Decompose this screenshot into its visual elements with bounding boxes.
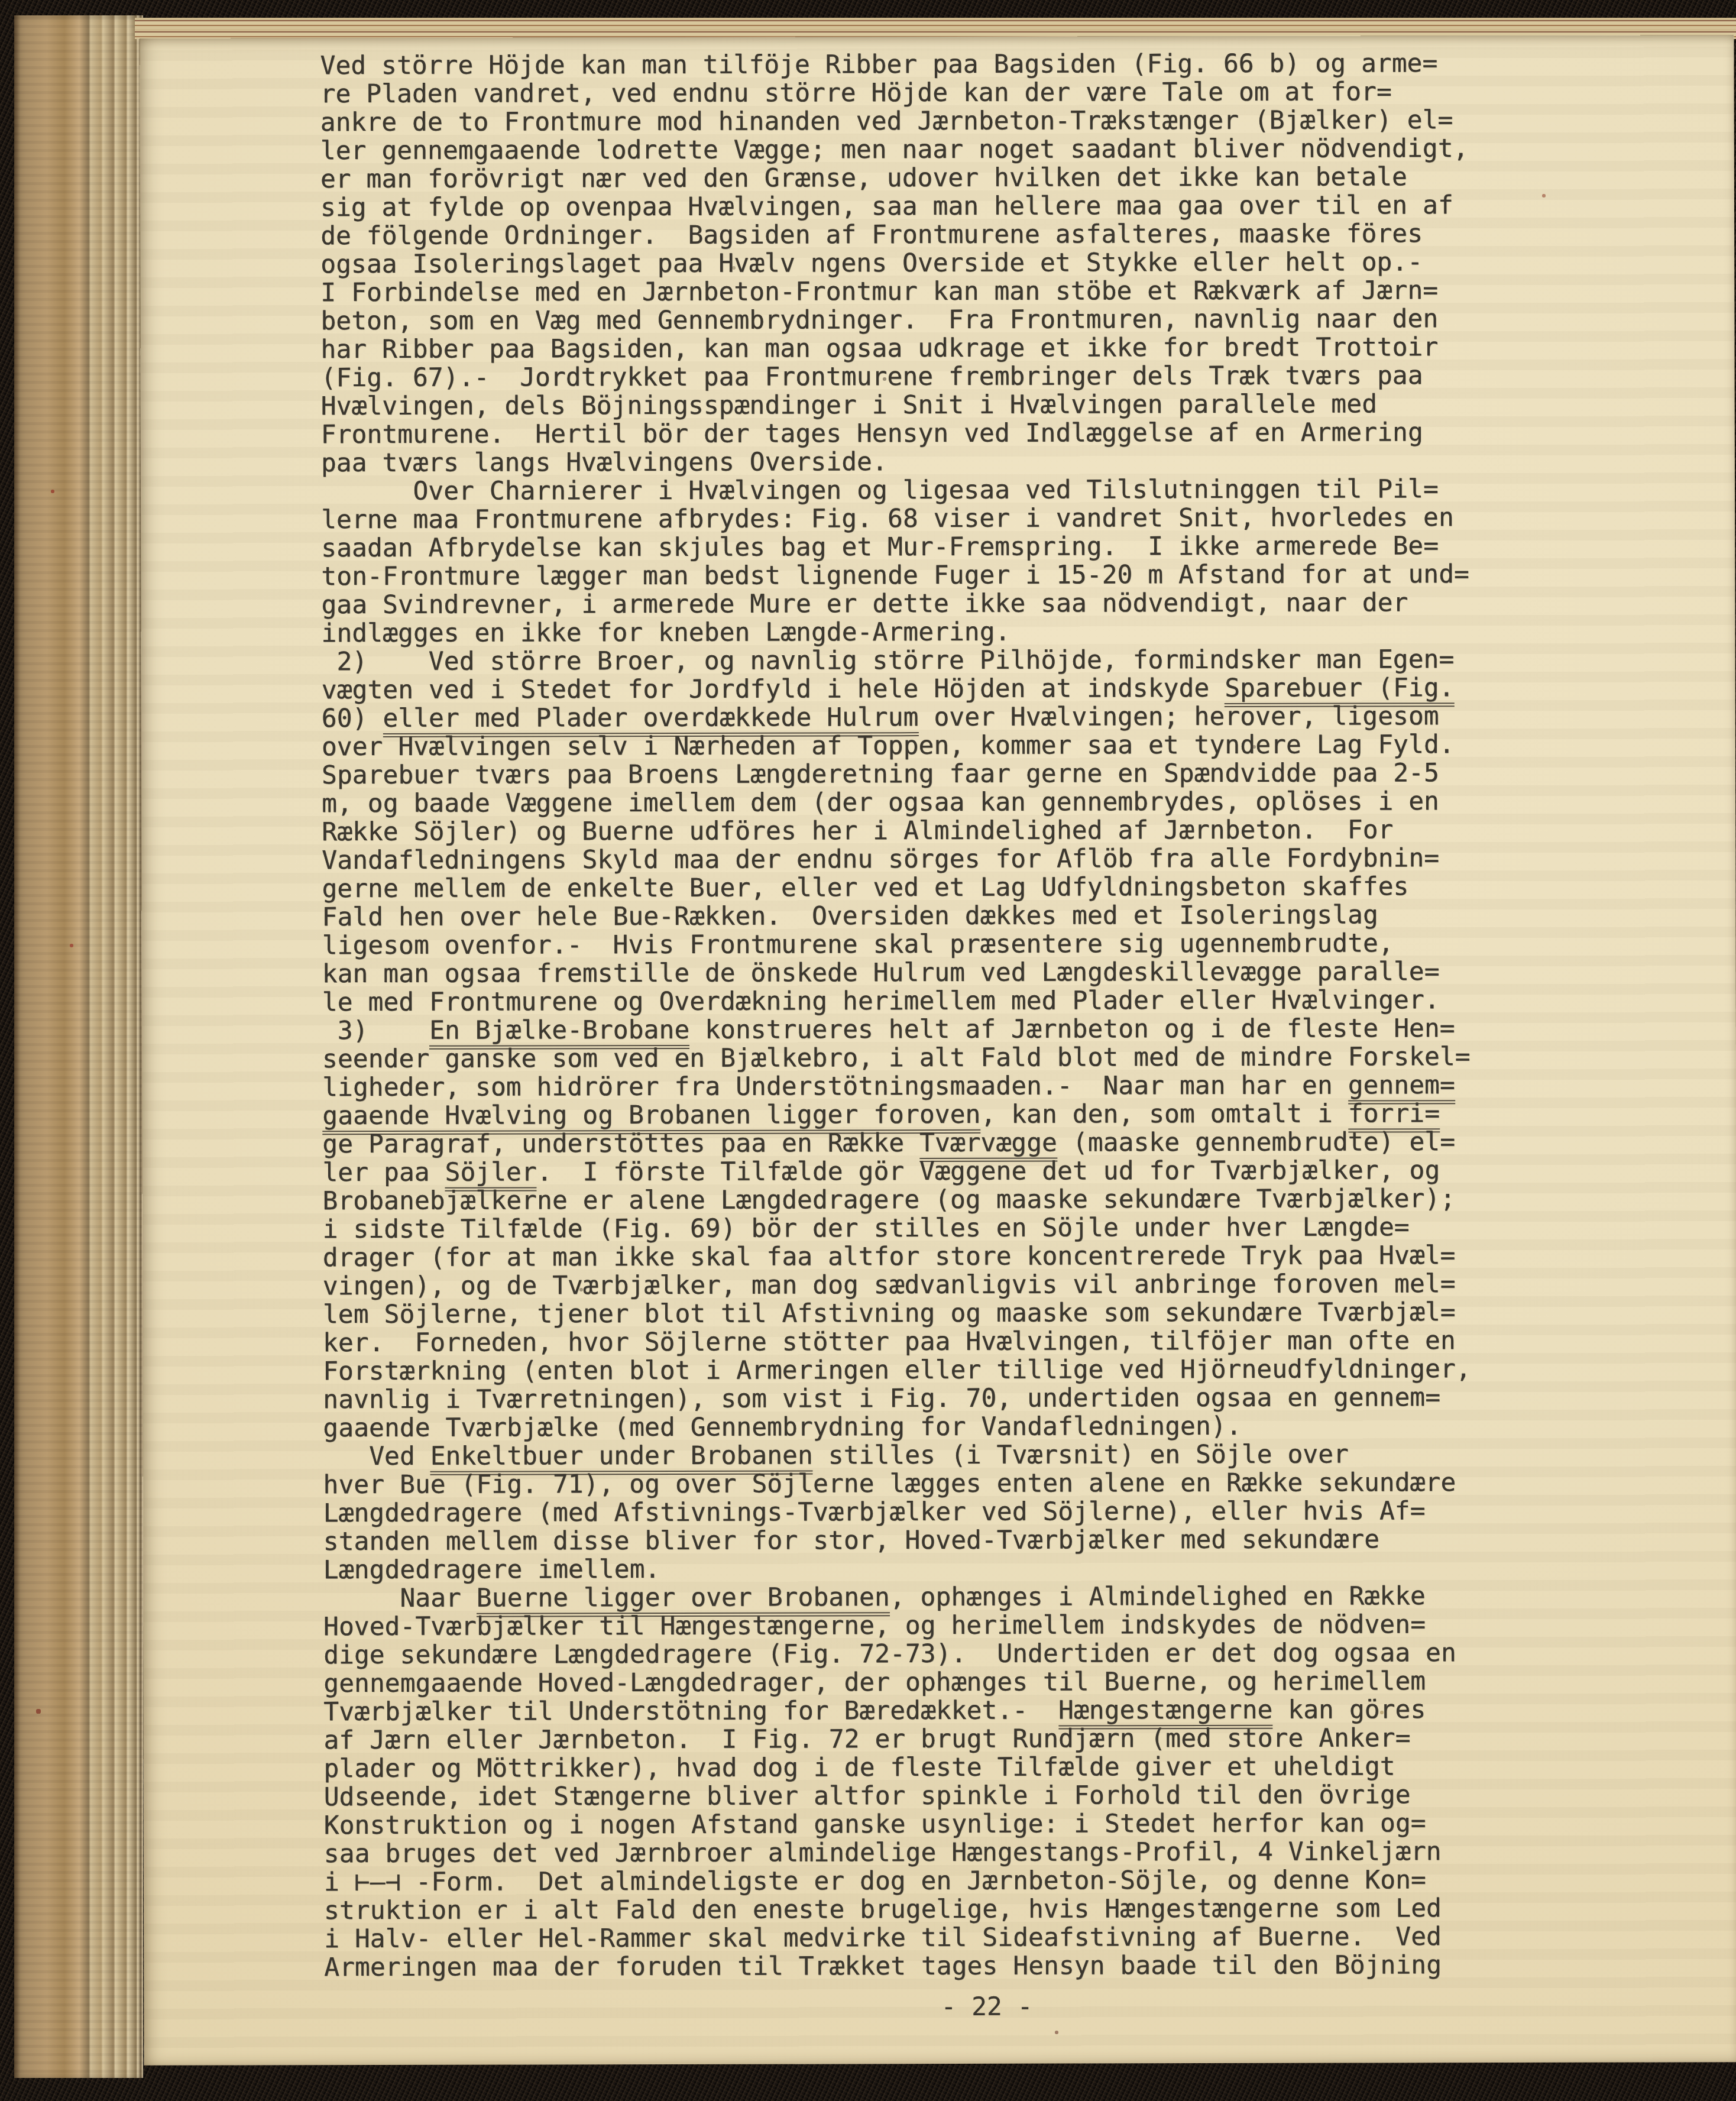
text-line: Udseende, idet Stængerne bliver altfor s… xyxy=(324,1780,1472,1811)
text-line: Frontmurene. Hertil bör der tages Hensyn… xyxy=(321,418,1469,449)
text-line: 3) En Bjælke-Brobane konstrueres helt af… xyxy=(322,1014,1471,1045)
paper-specks xyxy=(0,0,1,1)
text-line: struktion er i alt Fald den eneste bruge… xyxy=(324,1894,1472,1925)
text-line: ler paa Söjler. I förste Tilfælde gör Væ… xyxy=(322,1156,1471,1187)
text-line: ge Paragraf, understöttes paa en Række T… xyxy=(322,1128,1471,1158)
text-line: lem Söjlerne, tjener blot til Afstivning… xyxy=(323,1298,1471,1329)
text-line: saa bruges det ved Jærnbroer almindelige… xyxy=(324,1837,1472,1868)
text-line: re Pladen vandret, ved endnu större Höjd… xyxy=(320,77,1469,108)
text-line: gaa Svindrevner, i armerede Mure er dett… xyxy=(321,588,1469,619)
book-photo: Ved större Höjde kan man tilföje Ribber … xyxy=(0,0,1736,2101)
text-line: standen mellem disse bliver for stor, Ho… xyxy=(323,1525,1472,1556)
text-line: hver Bue (Fig. 71), og over Söjlerne læg… xyxy=(323,1468,1471,1499)
text-line: gaaende Hvælving og Brobanen ligger foro… xyxy=(322,1099,1471,1130)
text-line: over Hvælvingen selv i Nærheden af Toppe… xyxy=(322,730,1470,761)
text-line: kan man ogsaa fremstille de önskede Hulr… xyxy=(322,957,1471,988)
text-line: ogsaa Isoleringslaget paa Hvælv ngens Ov… xyxy=(320,248,1469,279)
stacked-page-edges-left xyxy=(14,15,143,2078)
page-number: - 22 - xyxy=(941,1993,1032,2021)
text-line: ligheder, som hidrörer fra Understötning… xyxy=(322,1071,1471,1102)
text-line: Brobanebjælkerne er alene Længdedragere … xyxy=(322,1184,1471,1215)
text-line: Over Charnierer i Hvælvingen og ligesaa … xyxy=(321,475,1469,506)
text-line: i Halv- eller Hel-Rammer skal medvirke t… xyxy=(324,1922,1472,1953)
text-line: vingen), og de Tværbjælker, man dog sædv… xyxy=(323,1270,1471,1300)
text-line: (Fig. 67).- Jordtrykket paa Frontmurene … xyxy=(321,361,1469,392)
text-line: m, og baade Væggene imellem dem (der ogs… xyxy=(322,787,1470,818)
text-line: 60) eller med Plader overdækkede Hulrum … xyxy=(322,702,1470,733)
text-line: Sparebuer tværs paa Broens Længderetning… xyxy=(322,759,1470,789)
text-line: gaaende Tværbjælke (med Gennembrydning f… xyxy=(323,1412,1471,1442)
text-line: drager (for at man ikke skal faa altfor … xyxy=(323,1241,1471,1272)
text-line: Tværbjælker til Understötning for Bæredæ… xyxy=(323,1695,1472,1726)
text-line: ler gennemgaaende lodrette Vægge; men na… xyxy=(320,134,1469,165)
text-line: beton, som en Væg med Gennembrydninger. … xyxy=(320,305,1469,335)
text-line: paa tværs langs Hvælvingens Overside. xyxy=(321,446,1469,477)
text-line: I Forbindelse med en Jærnbeton-Frontmur … xyxy=(320,276,1469,307)
text-line: gennemgaaende Hoved-Længdedrager, der op… xyxy=(323,1667,1472,1698)
text-line: de fölgende Ordninger. Bagsiden af Front… xyxy=(320,219,1469,250)
text-line: ankre de to Frontmure mod hinanden ved J… xyxy=(320,106,1469,137)
text-line: sig at fylde op ovenpaa Hvælvingen, saa … xyxy=(320,191,1469,222)
text-line: Længdedragere imellem. xyxy=(323,1553,1472,1584)
text-line: indlægges en ikke for kneben Længde-Arme… xyxy=(321,617,1469,648)
text-line: ker. Forneden, hvor Söjlerne stötter paa… xyxy=(323,1326,1471,1357)
text-line: navnlig i Tværretningen), som vist i Fig… xyxy=(323,1383,1471,1414)
text-line: Vandafledningens Skyld maa der endnu sör… xyxy=(322,844,1470,875)
text-line: Fald hen over hele Bue-Rækken. Oversiden… xyxy=(322,901,1470,931)
text-line: ligesom ovenfor.- Hvis Frontmurene skal … xyxy=(322,929,1471,960)
book-page: Ved större Höjde kan man tilföje Ribber … xyxy=(140,35,1736,2066)
text-line: Længdedragere (med Afstivnings-Tværbjælk… xyxy=(323,1497,1472,1527)
text-line: Konstruktion og i nogen Afstand ganske u… xyxy=(324,1809,1472,1840)
text-line: saadan Afbrydelse kan skjules bag et Mur… xyxy=(321,532,1469,562)
text-line: har Ribber paa Bagsiden, kan man ogsaa u… xyxy=(320,333,1469,364)
text-line: Hvælvingen, dels Böjningsspændinger i Sn… xyxy=(321,390,1469,420)
text-line: 2) Ved större Broer, og navnlig större P… xyxy=(322,645,1470,676)
text-line: plader og Möttrikker), hvad dog i de fle… xyxy=(323,1752,1472,1783)
text-line: Ved större Höjde kan man tilföje Ribber … xyxy=(320,49,1468,80)
text-line: le med Frontmurene og Overdækning herime… xyxy=(322,986,1471,1016)
text-line: af Jærn eller Jærnbeton. I Fig. 72 er br… xyxy=(323,1724,1472,1754)
text-line: seender ganske som ved en Bjælkebro, i a… xyxy=(322,1043,1471,1073)
text-line: Naar Buerne ligger over Brobanen, ophæng… xyxy=(323,1582,1472,1613)
text-line: i ⊢—⊣ -Form. Det almindeligste er dog en… xyxy=(324,1866,1472,1896)
text-line: dige sekundære Længdedragere (Fig. 72-73… xyxy=(323,1639,1472,1669)
text-line: Forstærkning (enten blot i Armeringen el… xyxy=(323,1355,1471,1385)
text-line: gerne mellem de enkelte Buer, eller ved … xyxy=(322,872,1470,903)
page-text: Ved större Höjde kan man tilföje Ribber … xyxy=(320,49,1472,1982)
text-line: vægten ved i Stedet for Jordfyld i hele … xyxy=(322,674,1470,704)
text-line: Hoved-Tværbjælker til Hængestængerne, og… xyxy=(323,1610,1472,1641)
text-line: ton-Frontmure lægger man bedst lignende … xyxy=(321,560,1469,591)
text-line: Armeringen maa der foruden til Trækket t… xyxy=(324,1951,1472,1982)
text-line: er man forövrigt nær ved den Grænse, udo… xyxy=(320,163,1469,193)
text-line: i sidste Tilfælde (Fig. 69) bör der stil… xyxy=(323,1213,1471,1244)
text-line: lerne maa Frontmurene afbrydes: Fig. 68 … xyxy=(321,503,1469,534)
text-line: Ved Enkeltbuer under Brobanen stilles (i… xyxy=(323,1440,1471,1471)
text-line: Række Söjler) og Buerne udföres her i Al… xyxy=(322,815,1470,846)
